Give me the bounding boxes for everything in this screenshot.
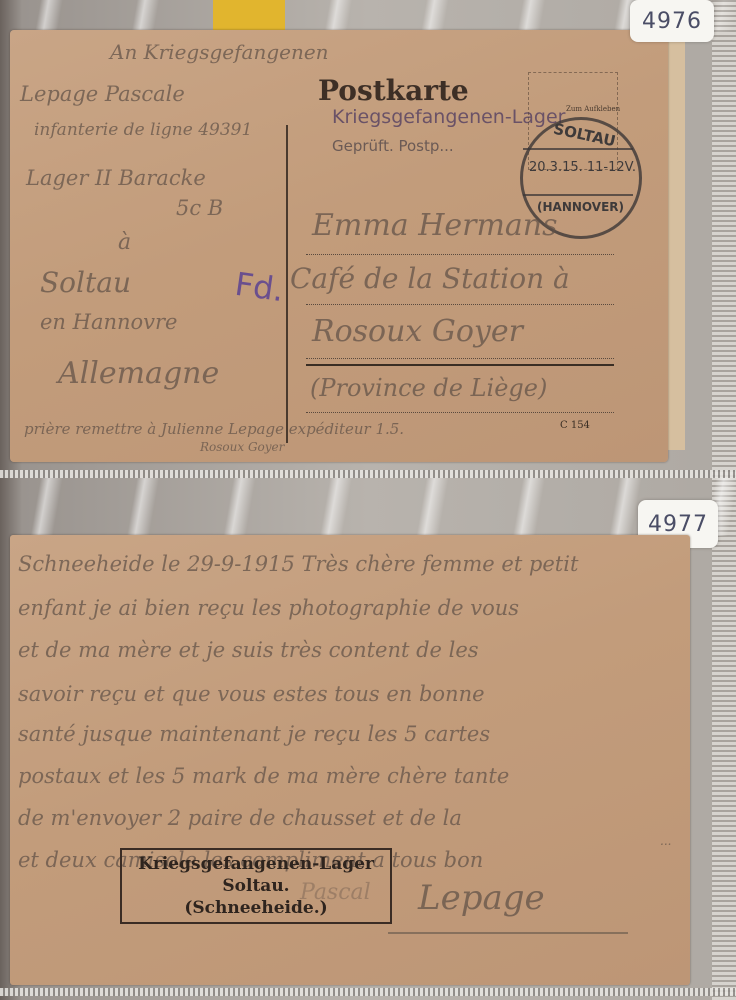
stamp-box-text: Zum Aufkleben: [566, 105, 620, 113]
postmark-town: SOLTAU: [552, 120, 617, 151]
sender-country: Allemagne: [58, 356, 219, 391]
address-dotted-line-2: [306, 304, 614, 305]
footer-note-2: Rosoux Goyer: [200, 440, 284, 454]
signature: Lepage: [418, 878, 545, 918]
recipient-name: Emma Hermans: [312, 208, 558, 243]
address-dotted-line-3: [306, 358, 614, 359]
censor-mark-fd: Fd.: [233, 265, 287, 309]
message-line-2: enfant je ai bien reçu les photographie …: [18, 596, 519, 620]
recipient-town: Rosoux Goyer: [312, 314, 523, 349]
sleeve-seam: [0, 470, 736, 478]
recipient-address: Café de la Station à: [290, 262, 570, 295]
sleeve-reflection-top: [0, 0, 736, 32]
form-code: C 154: [560, 420, 590, 431]
camp-stamp-line1: Kriegsgefangenen-Lager: [138, 853, 374, 875]
sender-barrack: 5c B: [176, 196, 223, 220]
card1-top-note: An Kriegsgefangenen: [110, 40, 329, 64]
address-dotted-line-4: [306, 412, 614, 413]
message-line-3: et de ma mère et je suis très content de…: [18, 638, 479, 662]
message-line-7: de m'envoyer 2 paire de chausset et de l…: [18, 806, 462, 830]
yellow-page-tab: [213, 0, 285, 30]
inventory-label-4976: 4976: [630, 0, 714, 42]
sender-camp: Lager II Baracke: [26, 166, 206, 190]
sender-name: Lepage Pascale: [20, 82, 185, 106]
faint-first-name: Pascal: [300, 880, 371, 905]
sender-town: Soltau: [40, 266, 131, 299]
camp-stamp-line2: Soltau.: [222, 875, 289, 897]
censor-stamp-line2: Geprüft. Postp...: [332, 137, 454, 155]
sender-province: en Hannovre: [40, 310, 177, 334]
message-line-9: ...: [660, 834, 671, 848]
address-dotted-line-1: [306, 254, 614, 255]
sleeve-seam-bottom: [0, 988, 736, 996]
address-solid-line: [306, 364, 614, 366]
message-line-5: santé jusque maintenant je reçu les 5 ca…: [18, 722, 490, 746]
sender-a: à: [118, 230, 131, 255]
sender-unit: infanterie de ligne 49391: [34, 120, 252, 140]
footer-note: prière remettre à Julienne Lepage expédi…: [24, 420, 404, 438]
sleeve-reflection-middle: [0, 478, 736, 536]
message-line-4: savoir reçu et que vous estes tous en bo…: [18, 682, 485, 706]
recipient-province: (Province de Liège): [310, 374, 547, 402]
postmark-date: 20.3.15. 11-12V.: [529, 160, 636, 175]
message-line-6: postaux et les 5 mark de ma mère chère t…: [18, 764, 509, 788]
message-line-1: Schneeheide le 29-9-1915 Très chère femm…: [18, 552, 578, 576]
signature-underline: [388, 932, 628, 934]
card1-divider-line: [286, 125, 288, 443]
postkarte-heading: Postkarte: [318, 74, 469, 107]
